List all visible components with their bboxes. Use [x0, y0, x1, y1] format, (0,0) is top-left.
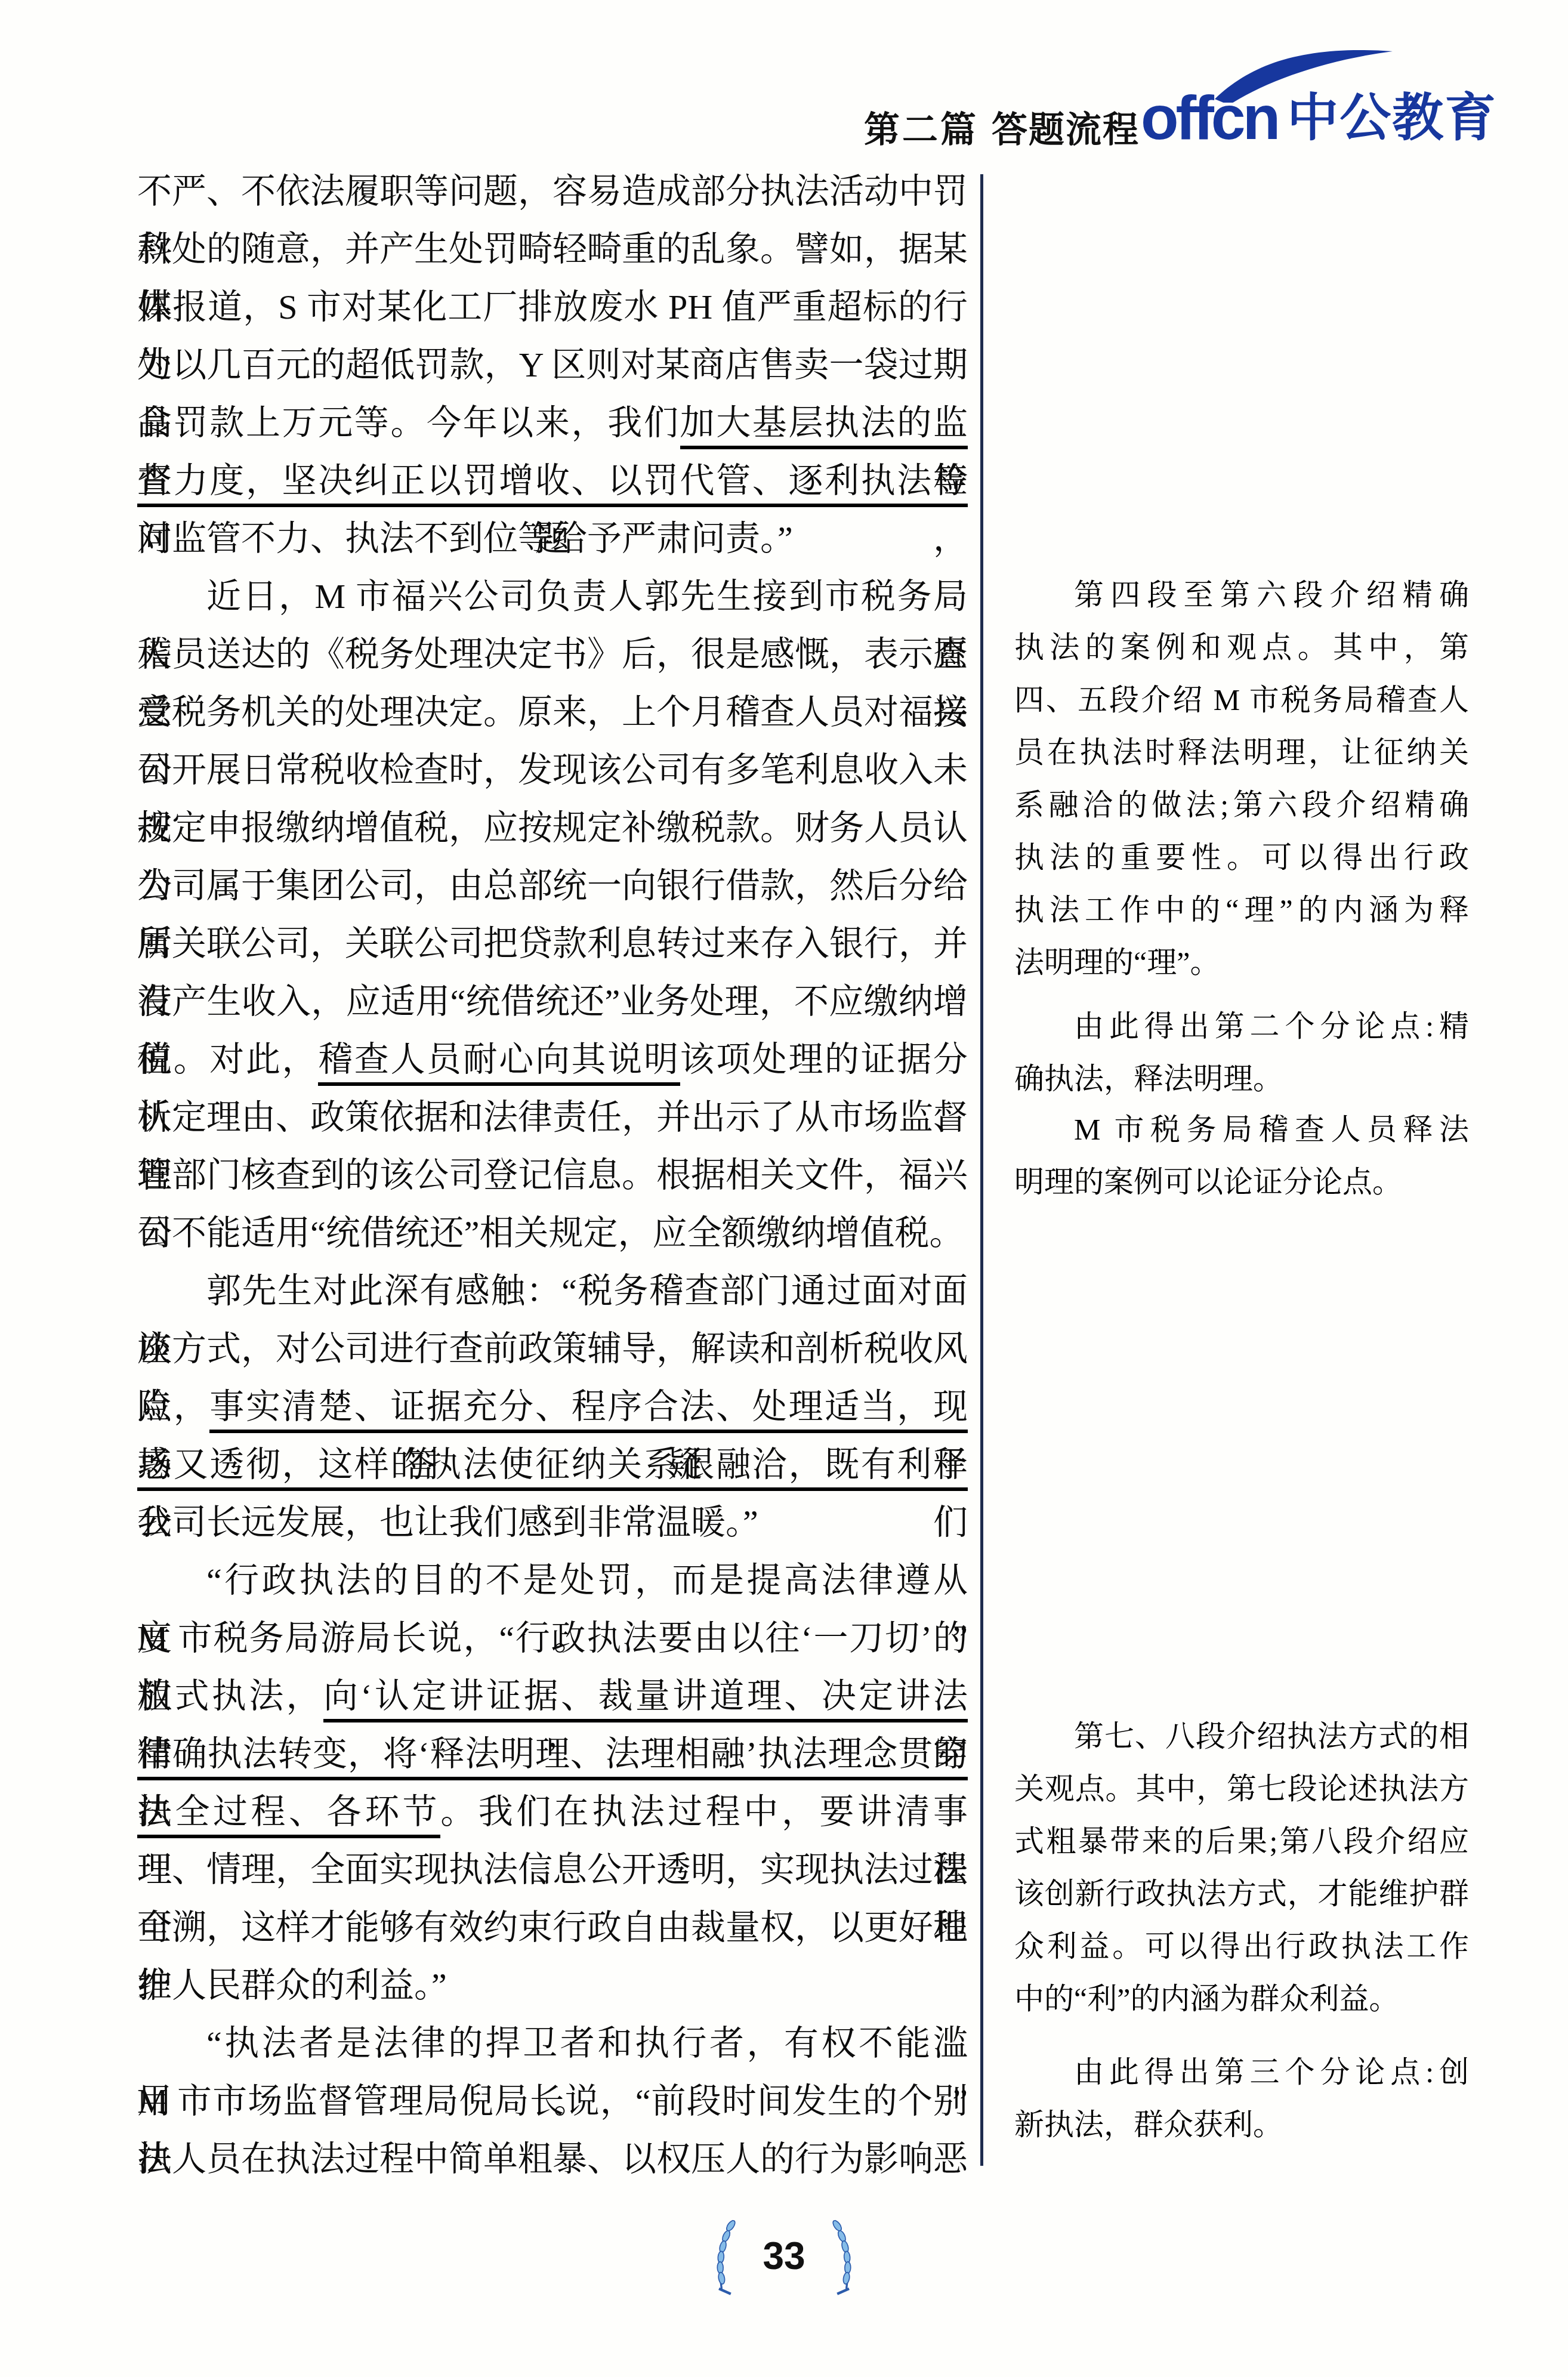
margin-note: 由此得出第二个分论点:精确执法，释法明理。: [1014, 1000, 1469, 1105]
margin-note-line: 该创新行政执法方式，才能维护群: [1014, 1867, 1469, 1920]
text-line: 公司属于集团公司，由总部统一向银行借款，然后分给所: [137, 857, 968, 915]
text-line: 规定申报缴纳增值税，应按规定补缴税款。财务人员认为: [137, 799, 968, 857]
text-run: 放式执法，: [137, 1677, 323, 1715]
text-run: 公司长远发展，也让我们感到非常温暖。”: [137, 1503, 758, 1542]
book-page: 第二篇 答题流程 offcn 中公教育 不严、不依法履职等问题，容易造成部分执法…: [0, 0, 1568, 2377]
underlined-text: 查力度: [137, 461, 246, 507]
margin-note-line: 执法工作中的“理”的内涵为释: [1014, 884, 1469, 936]
text-run: 点，: [137, 1387, 209, 1426]
margin-note-line: 员在执法时释法明理，让征纳关: [1014, 726, 1469, 779]
margin-note-line: 四、五段介绍 M 市税务局稽查人: [1014, 674, 1469, 726]
margin-note-line: 确执法，释法明理。: [1014, 1052, 1469, 1105]
text-line: 理部门核查到的该公司登记信息。根据相关文件，福兴公: [137, 1146, 968, 1204]
text-line: 查力度，坚决纠正以罚增收、以罚代管、逐利执法等问题，: [137, 452, 968, 510]
text-line: 谈方式，对公司进行查前政策辅导，解读和剖析税收风险: [137, 1320, 968, 1378]
margin-note: 第四段至第六段介绍精确执法的案例和观点。其中，第四、五段介绍 M 市税务局稽查人…: [1014, 569, 1469, 989]
text-run: 税。对此，: [137, 1040, 318, 1079]
laurel-left-icon: [699, 2211, 739, 2301]
text-run: 司不能适用“统借统还”相关规定，应全额缴纳增值税。: [137, 1214, 964, 1252]
margin-note-line: 第四段至第六段介绍精确: [1014, 569, 1469, 621]
text-line: M 市税务局游局长说，“行政执法要由以往‘一刀切’的粗: [137, 1609, 968, 1667]
text-line: 护人民群众的利益。”: [137, 1956, 968, 2014]
text-line: 有产生收入，应适用“统借统还”业务处理，不应缴纳增值: [137, 973, 968, 1030]
margin-note-line: 第七、八段介绍执法方式的相: [1014, 1710, 1469, 1762]
text-line: 税。对此，稽查人员耐心向其说明该项处理的证据分析、: [137, 1030, 968, 1088]
margin-note-line: 明理的案例可以论证分论点。: [1014, 1156, 1469, 1208]
text-line: 司不能适用“统借统还”相关规定，应全额缴纳增值税。: [137, 1204, 968, 1262]
laurel-right-icon: [829, 2211, 869, 2301]
margin-note-line: M 市税务局稽查人员释法: [1014, 1103, 1469, 1156]
margin-note-line: 新执法，群众获利。: [1014, 2098, 1469, 2151]
article-lines: 不严、不依法履职等问题，容易造成部分执法活动中罚款科处的随意，并产生处罚畸轻畸重…: [137, 162, 968, 2188]
text-line: 认定理由、政策依据和法律责任，并出示了从市场监督管: [137, 1088, 968, 1146]
underlined-text: 稽查人员耐心向其说明: [318, 1040, 680, 1086]
text-line: 惑又透彻，这样的执法使征纳关系很融洽，既有利于我们: [137, 1436, 968, 1493]
text-line: 点，事实清楚、证据充分、程序合法、处理适当，现场答疑释: [137, 1378, 968, 1436]
text-line: 品罚款上万元等。今年以来，我们加大基层执法的监督检: [137, 394, 968, 452]
text-line: 属关联公司，关联公司把贷款利息转过来存入银行，并没: [137, 915, 968, 973]
text-line: 可溯，这样才能够有效约束行政自由裁量权，以更好地维: [137, 1898, 968, 1956]
margin-note-line: 式粗暴带来的后果;第八段介绍应: [1014, 1815, 1469, 1867]
text-line: 放式执法，向‘认定讲证据、裁量讲道理、决定讲法律’的: [137, 1667, 968, 1725]
margin-note-line: 由此得出第二个分论点:精: [1014, 1000, 1469, 1052]
text-line: 人员送达的《税务处理决定书》后，很是感慨，表示愿意接: [137, 625, 968, 683]
text-line: 司开展日常税收检查时，发现该公司有多笔利息收入未按: [137, 741, 968, 799]
text-run: 对监管不力、执法不到位等给予严肃问责。”: [137, 519, 793, 558]
margin-note: 第七、八段介绍执法方式的相关观点。其中，第七段论述执法方式粗暴带来的后果;第八段…: [1014, 1710, 1469, 2025]
text-line: 法人员在执法过程中简单粗暴、以权压人的行为影响恶: [137, 2130, 968, 2188]
header-part-label: 第二篇: [864, 101, 979, 153]
text-line: 精确执法转变，将‘释法明理、法理相融’执法理念贯穿执: [137, 1725, 968, 1783]
text-line: 法全过程、各环节。我们在执法过程中，要讲清事理、法: [137, 1783, 968, 1841]
text-line: 处以几百元的超低罚款，Y 区则对某商店售卖一袋过期食: [137, 336, 968, 394]
text-line: “执法者是法律的捍卫者和执行者，有权不能滥用。”: [137, 2014, 968, 2072]
margin-note: M 市税务局稽查人员释法明理的案例可以论证分论点。: [1014, 1103, 1469, 1208]
text-line: 体报道，S 市对某化工厂排放废水 PH 值严重超标的行为: [137, 278, 968, 336]
text-line: 理、情理，全面实现执法信息公开透明，实现执法过程全程: [137, 1841, 968, 1898]
page-footer: 33: [0, 2211, 1568, 2301]
text-line: 郭先生对此深有感触：“税务稽查部门通过面对面座: [137, 1262, 968, 1320]
underlined-text: 法全过程、各环节: [137, 1792, 440, 1838]
text-line: 科处的随意，并产生处罚畸轻畸重的乱象。譬如，据某媒: [137, 220, 968, 278]
margin-note-line: 法明理的“理”。: [1014, 936, 1469, 989]
margin-note-line: 执法的重要性。可以得出行政: [1014, 831, 1469, 884]
text-line: 不严、不依法履职等问题，容易造成部分执法活动中罚款: [137, 162, 968, 220]
margin-note-line: 关观点。其中，第七段论述执法方: [1014, 1762, 1469, 1815]
text-run: 护人民群众的利益。”: [137, 1966, 447, 2005]
text-line: “行政执法的目的不是处罚，而是提高法律遵从度。”: [137, 1551, 968, 1609]
text-run: 品罚款上万元等。今年以来，我们: [137, 403, 680, 442]
page-number: 33: [763, 2234, 805, 2278]
margin-note: 由此得出第三个分论点:创新执法，群众获利。: [1014, 2046, 1469, 2151]
margin-note-line: 由此得出第三个分论点:创: [1014, 2046, 1469, 2098]
margin-column: 第四段至第六段介绍精确执法的案例和观点。其中，第四、五段介绍 M 市税务局稽查人…: [1014, 0, 1469, 2377]
margin-note-line: 系融洽的做法;第六段介绍精确: [1014, 779, 1469, 831]
margin-note-line: 中的“利”的内涵为群众利益。: [1014, 1972, 1469, 2025]
text-line: M 市市场监督管理局倪局长说，“前段时间发生的个别执: [137, 2072, 968, 2130]
text-run: 法人员在执法过程中简单粗暴、以权压人的行为影响恶: [137, 2140, 968, 2178]
column-divider: [980, 174, 983, 2166]
text-line: 受税务机关的处理决定。原来，上个月稽查人员对福兴公: [137, 683, 968, 741]
text-line: 近日，M 市福兴公司负责人郭先生接到市税务局稽查: [137, 567, 968, 625]
underlined-text: 惑又透彻: [137, 1445, 282, 1491]
margin-note-line: 执法的案例和观点。其中，第: [1014, 621, 1469, 674]
margin-note-line: 众利益。可以得出行政执法工作: [1014, 1920, 1469, 1972]
